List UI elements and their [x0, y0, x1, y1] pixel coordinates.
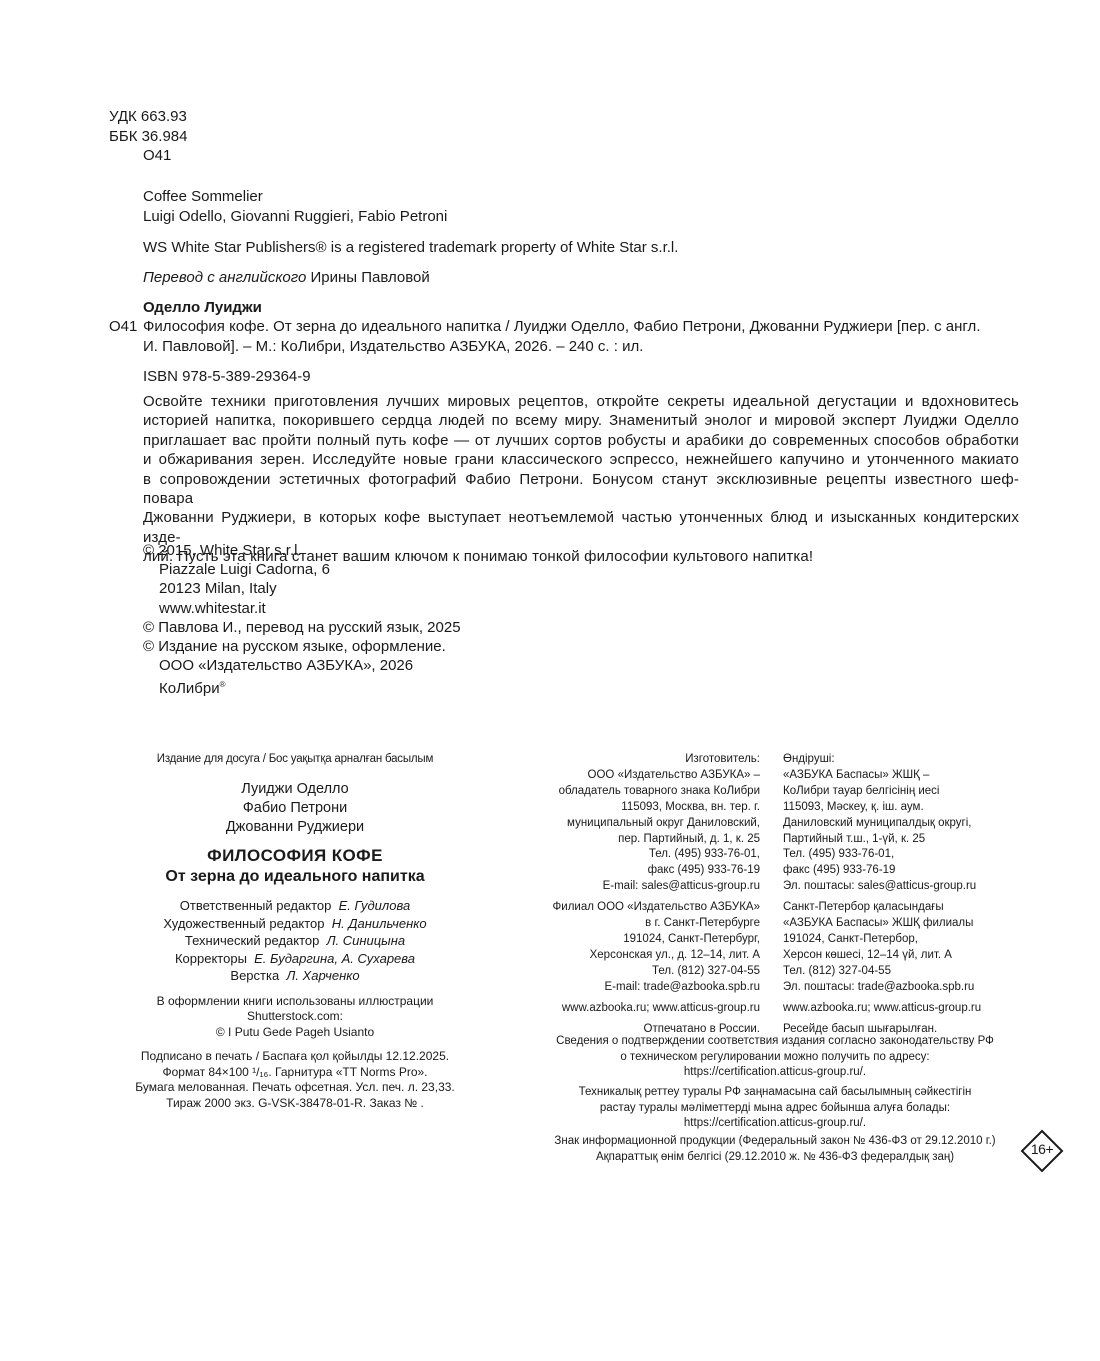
certification-kz: Техникалық реттеу туралы РФ заңнамасына …	[530, 1085, 1020, 1132]
author-name: Луиджи Оделло	[130, 780, 460, 799]
staff-name: Н. Данильченко	[332, 916, 427, 931]
certification-ru: Сведения о подтверждении соответствия из…	[530, 1034, 1020, 1081]
address-line: КоЛибри тауар белгісінің иесі	[783, 784, 1043, 800]
copyright-website: www.whitestar.it	[143, 599, 461, 618]
staff-role: Технический редактор	[185, 933, 327, 948]
address-line: 115093, Мәскеу, қ. іш. аум.	[783, 800, 1043, 816]
isbn: ISBN 978-5-389-29364-9	[143, 367, 311, 387]
original-authors: Luigi Odello, Giovanni Ruggieri, Fabio P…	[143, 207, 447, 227]
staff-role: Художественный редактор	[163, 916, 331, 931]
illustration-line: © I Putu Gede Pageh Usianto	[130, 1025, 460, 1041]
bib-code: О41	[109, 317, 137, 337]
original-edition: Coffee Sommelier Luigi Odello, Giovanni …	[143, 187, 447, 226]
address-line: E-mail: trade@azbooka.spb.ru	[530, 980, 760, 996]
annotation-line: приглашает вас пройти полный путь кофе —…	[143, 431, 1019, 450]
copyright-publisher: ООО «Издательство АЗБУКА», 2026	[143, 656, 461, 675]
certification-line: Техникалық реттеу туралы РФ заңнамасына …	[530, 1085, 1020, 1101]
bib-description: Философия кофе. От зерна до идеального н…	[143, 317, 1023, 356]
author-mark: О41	[109, 146, 187, 166]
staff-credit: Художественный редактор Н. Данильченко	[130, 915, 460, 933]
print-line: Бумага мелованная. Печать офсетная. Усл.…	[130, 1080, 460, 1096]
brand-name: КоЛибри	[159, 680, 220, 697]
staff-role: Верстка	[230, 968, 286, 983]
annotation-line: и обжаривания зерен. Исследуйте новые гр…	[143, 450, 1019, 469]
age-rating-label: 16+	[1022, 1141, 1062, 1157]
manufacturer-ru: Изготовитель:ООО «Издательство АЗБУКА» –…	[530, 752, 760, 1037]
illustration-credits: В оформлении книги использованы иллюстра…	[130, 994, 460, 1041]
copyright-original: © 2015, White Star s.r.l.	[143, 541, 461, 560]
address-line: ООО «Издательство АЗБУКА» –	[530, 768, 760, 784]
staff-credit: Верстка Л. Харченко	[130, 967, 460, 985]
staff-role: Корректоры	[175, 951, 254, 966]
book-title: ФИЛОСОФИЯ КОФЕ	[130, 846, 460, 866]
branch-kz-address: Санкт-Петербор қаласындағы«АЗБУКА Баспас…	[783, 900, 1043, 995]
info-product-sign: Знак информационной продукции (Федеральн…	[530, 1134, 1020, 1165]
address-line: пер. Партийный, д. 1, к. 25	[530, 832, 760, 848]
manufacturer-kz: Өндіруші:«АЗБУКА Баспасы» ЖШҚ –КоЛибри т…	[783, 752, 1043, 1037]
address-line: Санкт-Петербор қаласындағы	[783, 900, 1043, 916]
copyright-brand: КоЛибри®	[143, 675, 461, 698]
bib-author-heading: Оделло Луиджи	[143, 298, 262, 318]
address-line: Эл. поштасы: sales@atticus-group.ru	[783, 879, 1043, 895]
bbk-code: ББК 36.984	[109, 127, 187, 147]
trademark-notice: WS White Star Publishers® is a registere…	[143, 238, 678, 258]
info-sign-kz: Ақпараттық өнім белгісі (29.12.2010 ж. №…	[530, 1150, 1020, 1166]
manufacturer-ru-address: Изготовитель:ООО «Издательство АЗБУКА» –…	[530, 752, 760, 895]
staff-name: Е. Бударгина, А. Сухарева	[254, 951, 415, 966]
original-title: Coffee Sommelier	[143, 187, 447, 207]
print-details: Подписано в печать / Баспаға қол қойылды…	[130, 1049, 460, 1111]
print-line: Формат 84×100 ¹/₁₆. Гарнитура «TT Norms …	[130, 1065, 460, 1081]
address-line: Изготовитель:	[530, 752, 760, 768]
illustration-line: В оформлении книги использованы иллюстра…	[130, 994, 460, 1010]
copyright-address: Piazzale Luigi Cadorna, 6	[143, 560, 461, 579]
address-line: в г. Санкт-Петербурге	[530, 916, 760, 932]
copyright-translation: © Павлова И., перевод на русский язык, 2…	[143, 618, 461, 637]
address-line: обладатель товарного знака КоЛибри	[530, 784, 760, 800]
address-line: Даниловский муниципалдық округі,	[783, 816, 1043, 832]
certification-line: о техническом регулировании можно получи…	[530, 1050, 1020, 1066]
copyright-block: © 2015, White Star s.r.l. Piazzale Luigi…	[143, 541, 461, 699]
staff-credit: Корректоры Е. Бударгина, А. Сухарева	[130, 950, 460, 968]
staff-name: Е. Гудилова	[339, 898, 411, 913]
annotation-line: историей напитка, покорившего сердца люд…	[143, 411, 1019, 430]
address-line: E-mail: sales@atticus-group.ru	[530, 879, 760, 895]
address-line: «АЗБУКА Баспасы» ЖШҚ –	[783, 768, 1043, 784]
bib-line: И. Павловой]. – М.: КоЛибри, Издательств…	[143, 337, 1023, 357]
imprint: Издание для досуга / Бос уақытқа арналға…	[130, 752, 460, 1111]
address-line: Херсон көшесі, 12–14 үй, лит. А	[783, 948, 1043, 964]
address-line: Филиал ООО «Издательство АЗБУКА»	[530, 900, 760, 916]
websites-kz: www.azbooka.ru; www.atticus-group.ru	[783, 1001, 1043, 1017]
address-line: факс (495) 933-76-19	[530, 863, 760, 879]
print-line: Тираж 2000 экз. G-VSK-38478-01-R. Заказ …	[130, 1096, 460, 1112]
address-line: Тел. (495) 933-76-01,	[783, 847, 1043, 863]
branch-ru-address: Филиал ООО «Издательство АЗБУКА»в г. Сан…	[530, 900, 760, 995]
address-line: Эл. поштасы: trade@azbooka.spb.ru	[783, 980, 1043, 996]
address-line: 191024, Санкт-Петербор,	[783, 932, 1043, 948]
author-name: Фабио Петрони	[130, 799, 460, 818]
classification-codes: УДК 663.93 ББК 36.984 О41	[109, 107, 187, 166]
author-name: Джованни Руджиери	[130, 818, 460, 837]
address-line: Тел. (495) 933-76-01,	[530, 847, 760, 863]
staff-credit: Ответственный редактор Е. Гудилова	[130, 897, 460, 915]
book-subtitle: От зерна до идеального напитка	[130, 866, 460, 888]
udk-code: УДК 663.93	[109, 107, 187, 127]
address-line: 115093, Москва, вн. тер. г.	[530, 800, 760, 816]
address-line: Херсонская ул., д. 12–14, лит. А	[530, 948, 760, 964]
registered-mark: ®	[220, 680, 226, 689]
certification-line: https://certification.atticus-group.ru/.	[530, 1065, 1020, 1081]
address-line: 191024, Санкт-Петербург,	[530, 932, 760, 948]
address-line: Тел. (812) 327-04-55	[530, 964, 760, 980]
info-sign-ru: Знак информационной продукции (Федеральн…	[530, 1134, 1020, 1150]
imprint-authors: Луиджи ОделлоФабио ПетрониДжованни Руджи…	[130, 780, 460, 837]
translator-name: Ирины Павловой	[311, 269, 430, 286]
address-line: Партийный т.ш., 1-үй, к. 25	[783, 832, 1043, 848]
certification-line: Сведения о подтверждении соответствия из…	[530, 1034, 1020, 1050]
staff-credit: Технический редактор Л. Синицына	[130, 932, 460, 950]
address-line: муниципальный округ Даниловский,	[530, 816, 760, 832]
age-rating-badge: 16+	[1022, 1131, 1062, 1171]
translator-prefix: Перевод с английского	[143, 269, 306, 286]
certification-line: растау туралы мәліметтерді мына адрес бо…	[530, 1101, 1020, 1117]
staff-name: Л. Харченко	[286, 968, 359, 983]
annotation-line: в сопровождении эстетичных фотографий Фа…	[143, 470, 1019, 509]
edition-type: Издание для досуга / Бос уақытқа арналға…	[130, 752, 460, 767]
address-line: факс (495) 933-76-19	[783, 863, 1043, 879]
address-line: Өндіруші:	[783, 752, 1043, 768]
copyright-address: 20123 Milan, Italy	[143, 579, 461, 598]
address-line: Тел. (812) 327-04-55	[783, 964, 1043, 980]
manufacturer-kz-address: Өндіруші:«АЗБУКА Баспасы» ЖШҚ –КоЛибри т…	[783, 752, 1043, 895]
annotation-line: Освойте техники приготовления лучших мир…	[143, 392, 1019, 411]
address-line: «АЗБУКА Баспасы» ЖШҚ филиалы	[783, 916, 1043, 932]
staff-role: Ответственный редактор	[180, 898, 339, 913]
illustration-line: Shutterstock.com:	[130, 1009, 460, 1025]
websites-ru: www.azbooka.ru; www.atticus-group.ru	[530, 1001, 760, 1017]
certification-line: https://certification.atticus-group.ru/.	[530, 1116, 1020, 1132]
translator-credit: Перевод с английского Ирины Павловой	[143, 268, 430, 288]
copyright-page: УДК 663.93 ББК 36.984 О41 Coffee Sommeli…	[0, 0, 1100, 1361]
bib-line: Философия кофе. От зерна до идеального н…	[143, 317, 1023, 337]
editorial-staff: Ответственный редактор Е. ГудиловаХудоже…	[130, 897, 460, 985]
copyright-edition: © Издание на русском языке, оформление.	[143, 637, 461, 656]
print-line: Подписано в печать / Баспаға қол қойылды…	[130, 1049, 460, 1065]
staff-name: Л. Синицына	[327, 933, 406, 948]
